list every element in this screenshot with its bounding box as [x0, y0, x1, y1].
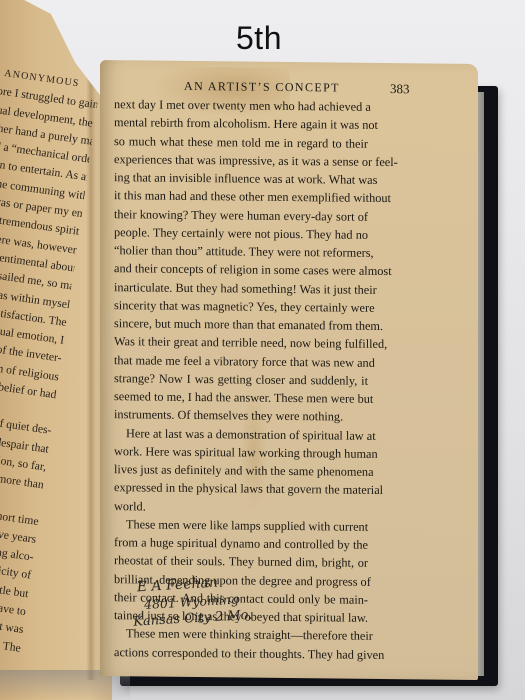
edition-label: 5th [236, 20, 282, 57]
left-page: CS ANONYMOUS e more I struggled to gain … [0, 0, 112, 700]
text-line: it this man had and these other men exem… [114, 186, 368, 207]
running-head: AN ARTIST’S CONCEPT 383 [100, 74, 478, 98]
page-number: 383 [390, 81, 410, 97]
text-line: instruments. Of themselves they were not… [114, 405, 368, 426]
chapter-title: AN ARTIST’S CONCEPT [184, 79, 340, 96]
text-line: Here at last was a demonstration of spir… [114, 424, 368, 445]
text-line: mental rebirth from alcoholism. Here aga… [114, 113, 368, 134]
text-line: Was it their great and terrible need, no… [114, 332, 368, 353]
text-line: actions corresponded to their thoughts. … [114, 643, 368, 664]
text-line: their knowing? They were human every-day… [114, 205, 368, 226]
text-line: so much what these men told me in regard… [114, 132, 368, 153]
right-page: AN ARTIST’S CONCEPT 383 next day I met o… [100, 60, 478, 680]
handwritten-inscription: E A Feehan 4801 Wyoming Kansas City 2 Mo… [136, 573, 253, 631]
text-line: that made me feel a vibratory force that… [114, 351, 368, 372]
text-line: expressed in the physical laws that gove… [114, 478, 368, 499]
text-line: inarticulate. But they had something! Wa… [114, 278, 368, 299]
text-line: and their concepts of religion in some c… [114, 259, 368, 280]
text-line: rheostat of their souls. They burned dim… [114, 551, 368, 572]
